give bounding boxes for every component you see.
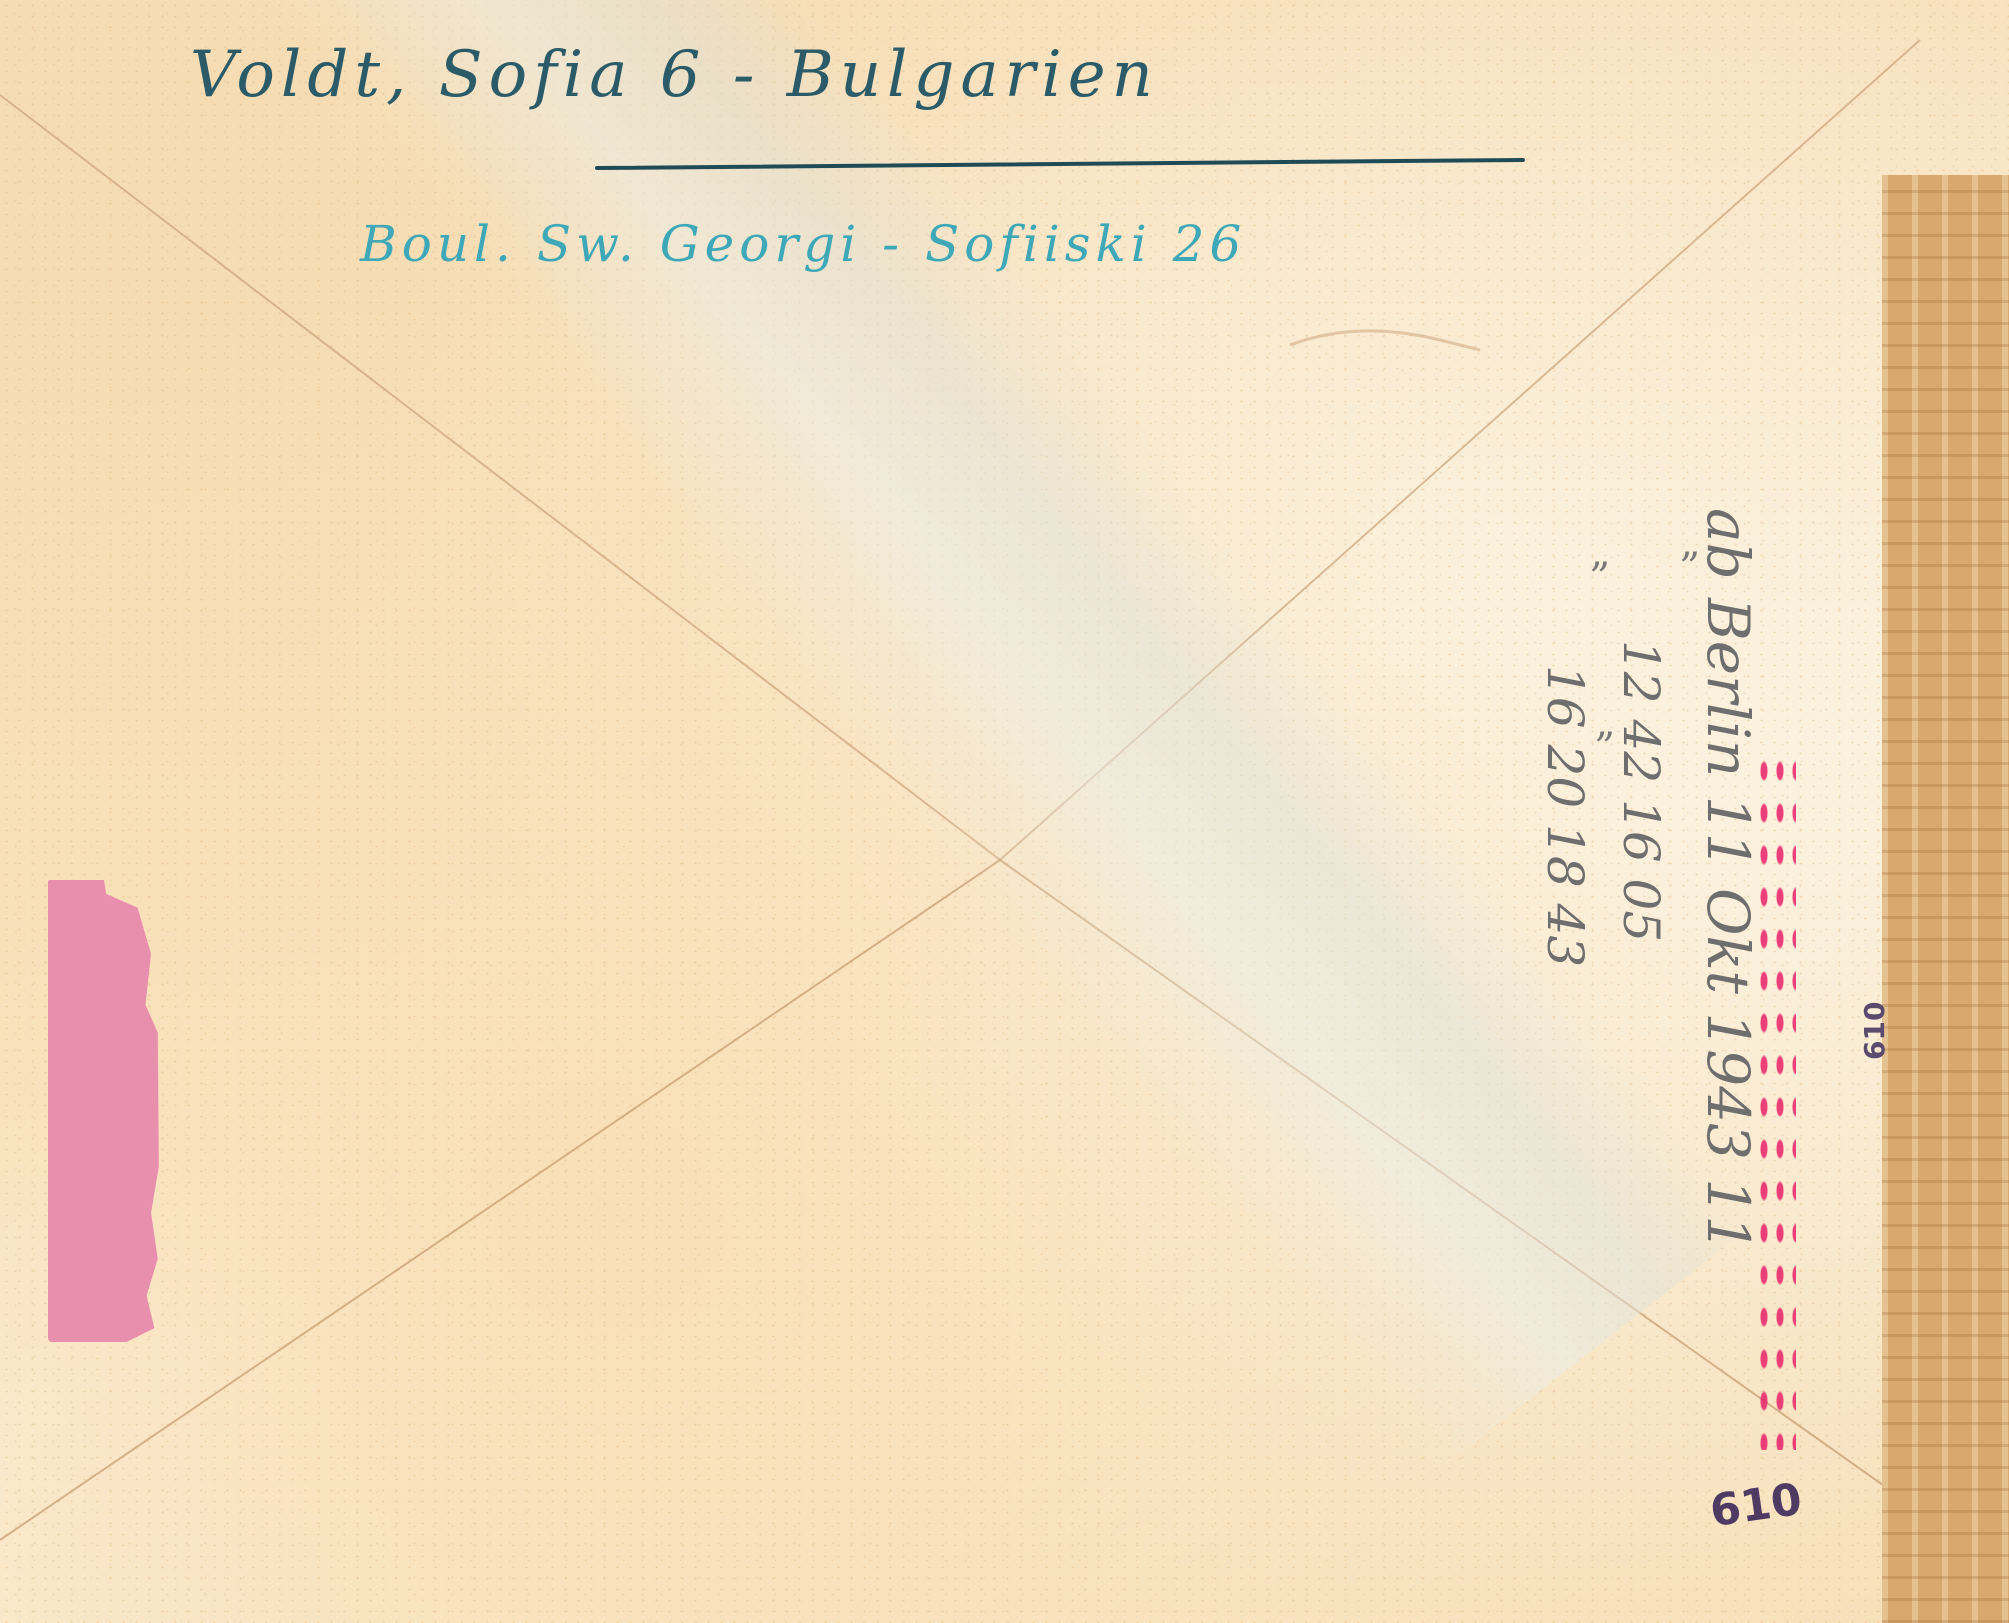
censor-tape	[1882, 175, 2009, 1623]
ditto-mark: „	[1680, 520, 1701, 566]
ditto-mark: „	[1590, 530, 1611, 576]
sender-address-line-1: Voldt, Sofia 6 - Bulgarien	[190, 38, 1159, 112]
envelope-back: Voldt, Sofia 6 - Bulgarien Boul. Sw. Geo…	[0, 0, 2009, 1623]
pencil-note-line-2: 12 42 16 05	[1612, 640, 1670, 942]
ditto-mark: „	[1595, 700, 1616, 746]
red-chemical-censor-marks	[1756, 750, 1796, 1450]
sender-address-line-2: Boul. Sw. Georgi - Sofiiski 26	[360, 215, 1246, 273]
censor-side-stamp: 610	[1858, 1002, 1891, 1060]
pencil-note-line-1: ab Berlin 11 Okt 1943 11	[1694, 508, 1762, 1252]
pencil-note-line-3: 16 20 18 43	[1536, 665, 1594, 967]
pink-label	[48, 880, 160, 1342]
